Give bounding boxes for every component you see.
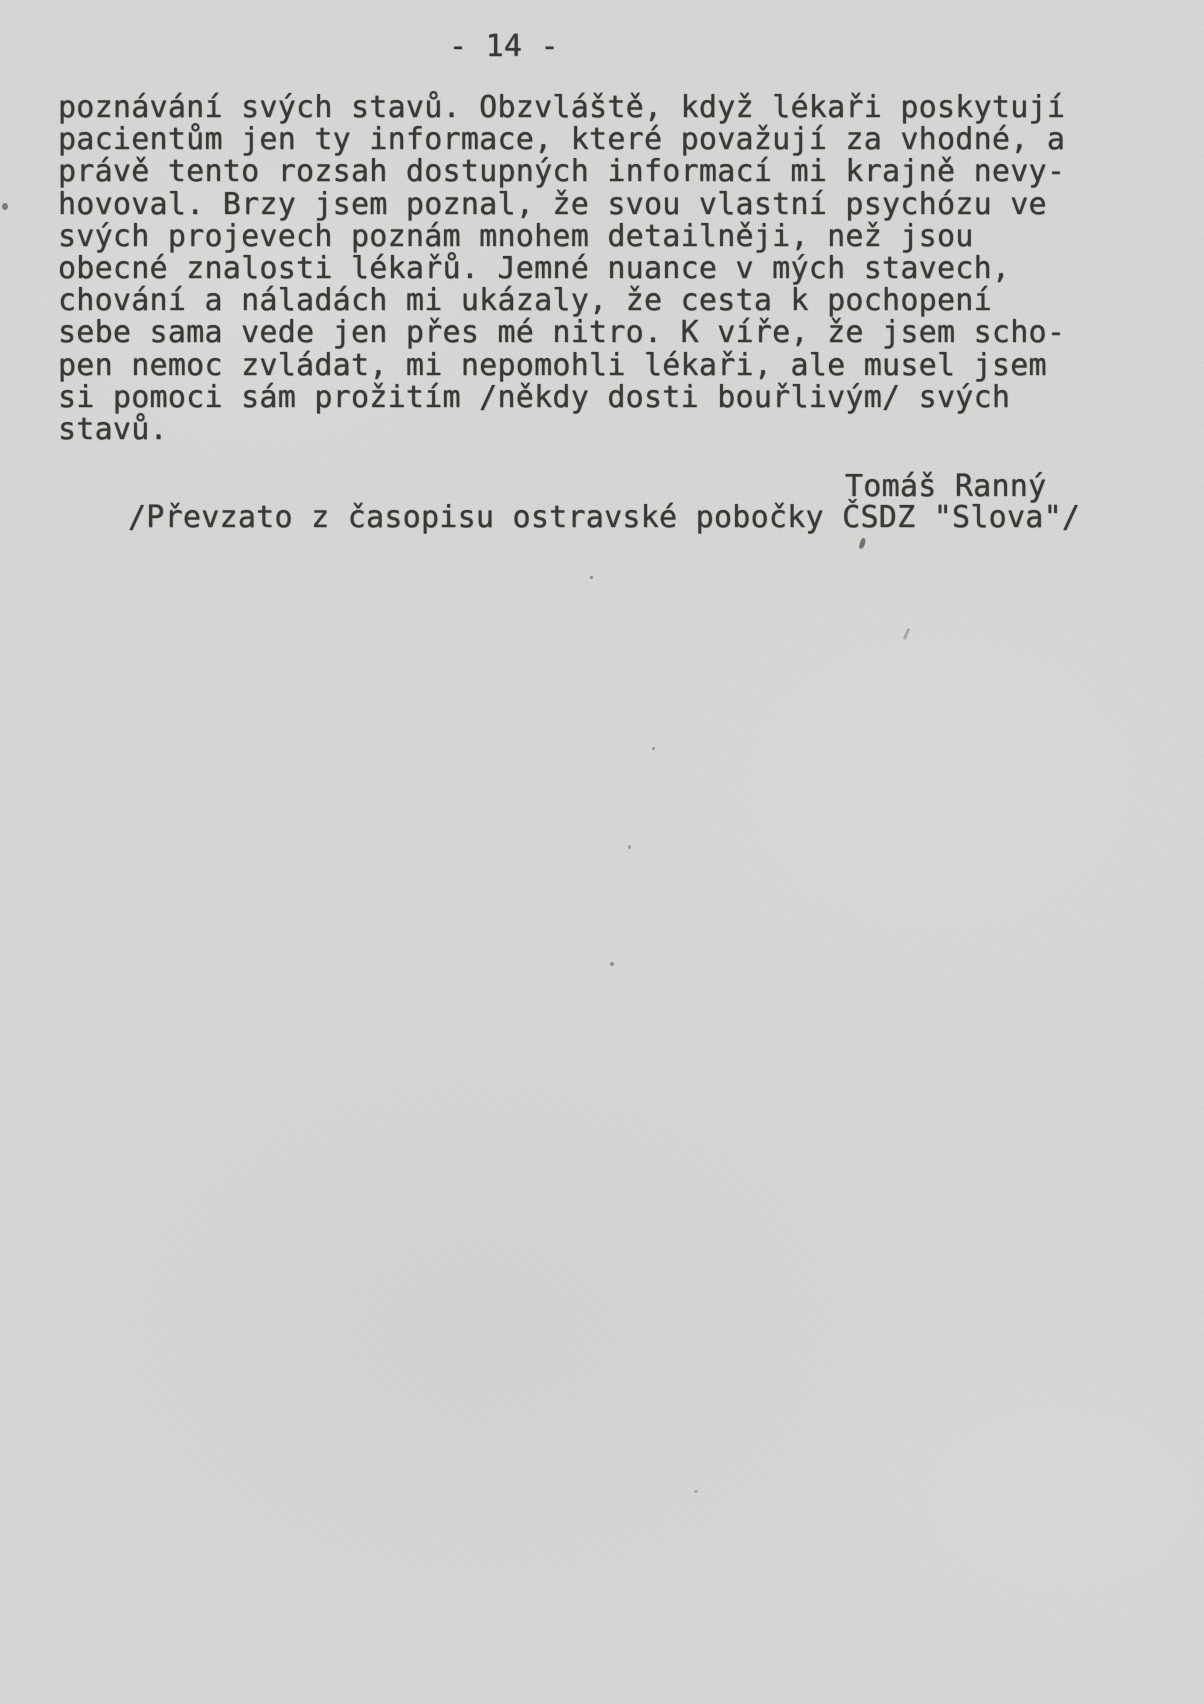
paper-speck bbox=[694, 1490, 698, 1493]
text-line: obecné znalosti lékařů. Jemné nuance v m… bbox=[58, 253, 1065, 285]
text-line: svých projevech poznám mnohem detailněji… bbox=[58, 221, 1065, 253]
scanned-typewritten-page: - 14 - poznávání svých stavů. Obzvláště,… bbox=[0, 0, 1204, 1704]
text-line: stavů. bbox=[58, 414, 1065, 446]
text-line: si pomoci sám prožitím /někdy dosti bouř… bbox=[58, 382, 1065, 414]
text-line: hovoval. Brzy jsem poznal, že svou vlast… bbox=[58, 189, 1065, 221]
paper-speck bbox=[590, 576, 593, 579]
page-number: - 14 - bbox=[449, 29, 559, 64]
paper-speck bbox=[652, 747, 655, 750]
paper-speck bbox=[610, 962, 614, 966]
text-line: chování a náladách mi ukázaly, že cesta … bbox=[58, 285, 1065, 317]
author-signature: Tomáš Ranný bbox=[845, 469, 1046, 504]
text-line: pacientům jen ty informace, které považu… bbox=[58, 124, 1065, 156]
paper-speck bbox=[858, 537, 866, 549]
paper-speck bbox=[628, 845, 631, 849]
text-line: sebe sama vede jen přes mé nitro. K víře… bbox=[58, 317, 1065, 349]
paper-speck bbox=[2, 203, 8, 210]
text-line: poznávání svých stavů. Obzvláště, když l… bbox=[58, 92, 1065, 124]
body-paragraph: poznávání svých stavů. Obzvláště, když l… bbox=[58, 92, 1065, 446]
text-line: právě tento rozsah dostupných informací … bbox=[58, 156, 1065, 188]
paper-speck bbox=[903, 628, 911, 640]
source-attribution: /Převzato z časopisu ostravské pobočky Č… bbox=[128, 500, 1080, 535]
text-line: pen nemoc zvládat, mi nepomohli lékaři, … bbox=[58, 350, 1065, 382]
